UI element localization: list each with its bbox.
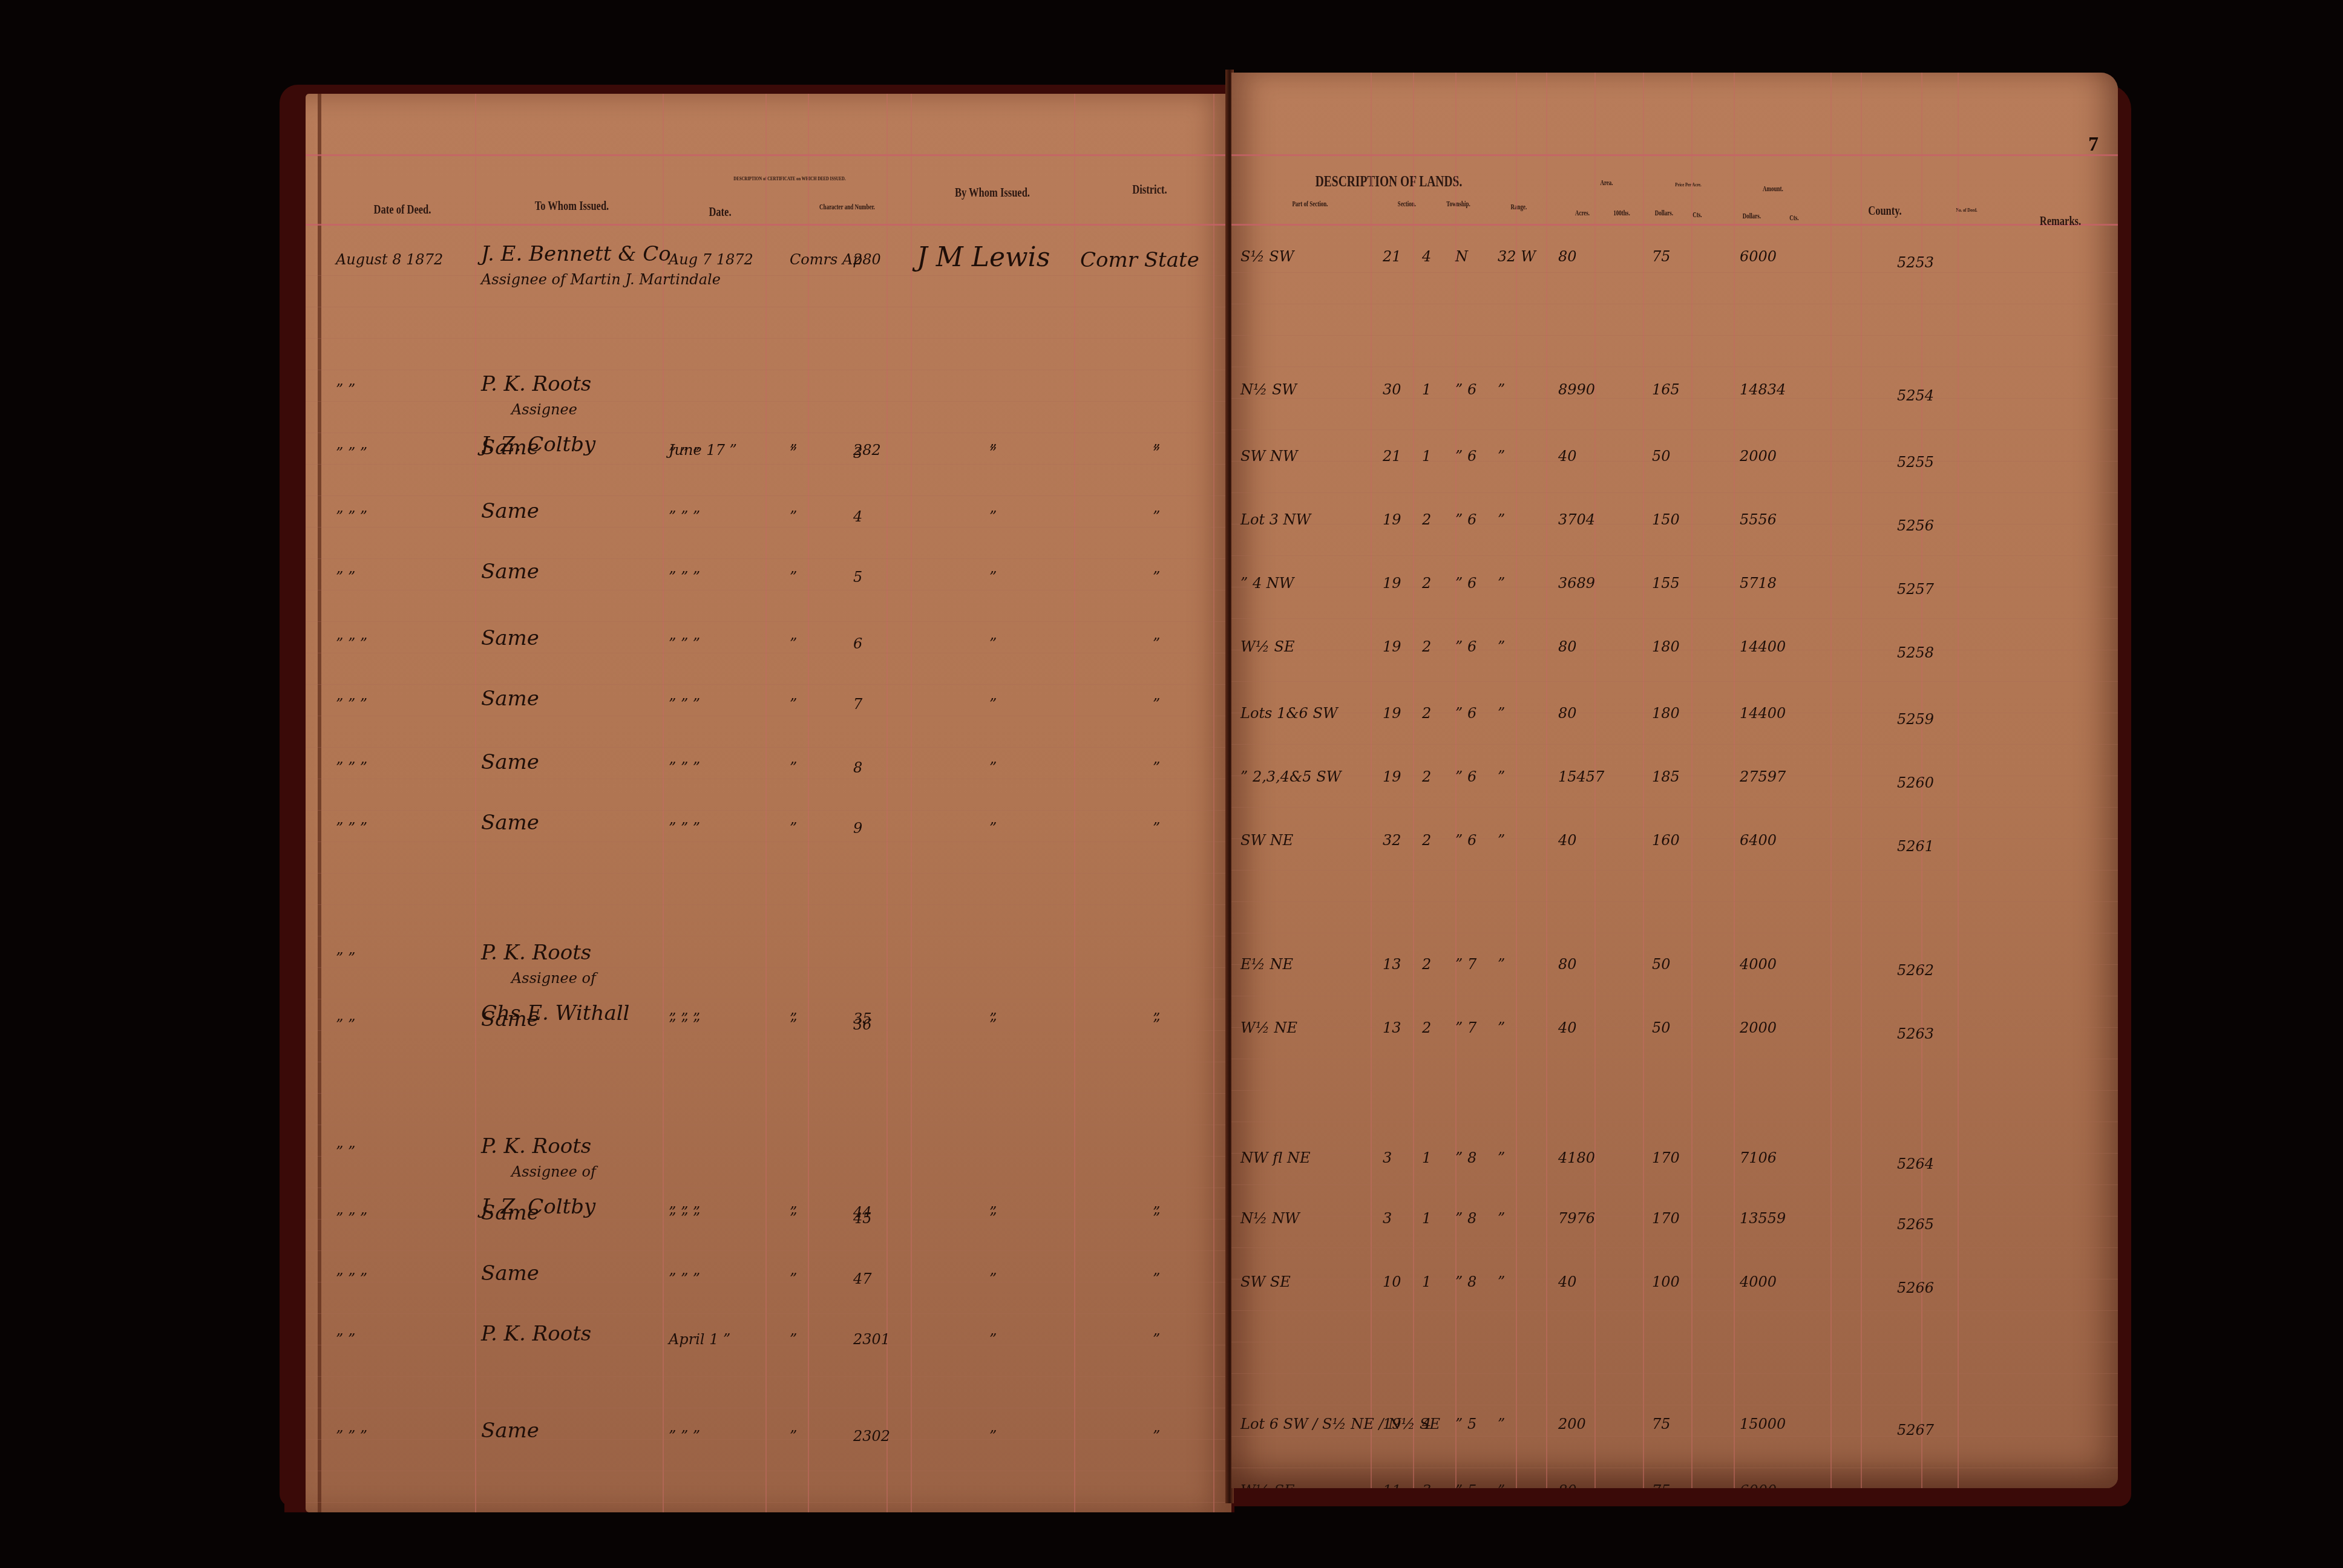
cell-by-whom: ” <box>989 569 997 586</box>
cell-by-whom: ” <box>989 1016 997 1033</box>
cell-twp-direction: ” 5 <box>1455 1416 1476 1432</box>
cell-character: ” <box>790 1331 797 1348</box>
cell-to-whom: Same <box>481 499 539 523</box>
column-rule <box>1371 73 1372 1488</box>
row-rule <box>306 1502 1231 1503</box>
row-rule <box>306 1408 1231 1408</box>
cell-part-of-section: W½ SE <box>1240 1482 1295 1488</box>
header-price-cts: Cts. <box>1686 211 1709 220</box>
left-page: Date of Deed. To Whom Issued. DESCRIPTIO… <box>306 94 1231 1512</box>
cell-cert-number: 6 <box>853 635 862 652</box>
page-number: 7 <box>2088 133 2099 156</box>
cell-price-per-acre: 185 <box>1652 768 1680 785</box>
header-no-of-deed: No. of Deed. <box>1942 207 1992 213</box>
cell-character: ” <box>790 759 797 776</box>
header-range: Range. <box>1498 203 1539 212</box>
row-rule <box>1231 1059 2118 1059</box>
cell-cert-number: 7 <box>853 696 862 713</box>
cell-by-whom: ” <box>989 445 997 462</box>
cell-to-whom: Same <box>481 560 539 584</box>
cell-to-whom: Same <box>481 1201 539 1225</box>
cell-character: ” <box>790 820 797 837</box>
cell-character: ” <box>790 1428 797 1445</box>
cell-acres: 3689 <box>1558 575 1595 592</box>
cell-cert-number: 2301 <box>853 1331 890 1348</box>
cell-deed-number: 5255 <box>1897 454 1934 471</box>
row-rule <box>306 653 1231 653</box>
cell-acres: 40 <box>1558 448 1577 465</box>
cell-by-whom: ” <box>989 1428 997 1445</box>
cell-to-whom-note: Assignee of Martin J. Martindale <box>481 271 721 288</box>
cell-range: ” <box>1498 705 1505 722</box>
cell-cert-date: ” ” ” <box>669 635 700 652</box>
cell-cert-date: ” ” ” <box>669 569 700 586</box>
cell-to-whom: Same <box>481 1419 539 1443</box>
cell-acres: 4180 <box>1558 1149 1595 1166</box>
cell-section: 19 <box>1383 575 1401 592</box>
cell-section: 19 <box>1383 1416 1401 1432</box>
cell-acres: 40 <box>1558 1019 1577 1036</box>
column-rule <box>1643 73 1644 1488</box>
cell-date-of-deed: ” ” ” <box>336 759 367 776</box>
cell-amount: 14400 <box>1740 705 1786 722</box>
row-rule <box>1231 933 2118 933</box>
cell-price-per-acre: 75 <box>1652 1416 1671 1432</box>
row-rule <box>306 464 1231 465</box>
cell-section: 21 <box>1383 248 1401 265</box>
cell-price-per-acre: 150 <box>1652 511 1680 528</box>
cell-acres: 3704 <box>1558 511 1595 528</box>
cell-twp-direction: ” 6 <box>1455 381 1476 398</box>
cell-date-of-deed: ” ” ” <box>336 1428 367 1445</box>
cell-range: ” <box>1498 1482 1505 1488</box>
cell-district: ” <box>1153 820 1160 837</box>
cell-acres: 40 <box>1558 1273 1577 1290</box>
cell-by-whom: ” <box>989 1331 997 1348</box>
cell-price-per-acre: 50 <box>1652 1019 1671 1036</box>
cell-district: ” <box>1153 696 1160 713</box>
row-rule <box>306 1093 1231 1094</box>
cell-cert-date: ” ” ” <box>669 1270 700 1287</box>
cell-section: 19 <box>1383 705 1401 722</box>
cell-part-of-section: N½ NW <box>1240 1210 1300 1227</box>
cell-date-of-deed: August 8 1872 <box>336 251 443 268</box>
cell-acres: 80 <box>1558 638 1577 655</box>
cell-to-whom: J. E. Bennett & Co <box>481 242 671 266</box>
cell-price-per-acre: 165 <box>1652 381 1680 398</box>
cell-price-per-acre: 180 <box>1652 638 1680 655</box>
column-rule <box>1734 73 1735 1488</box>
column-rule <box>1413 73 1414 1488</box>
cell-by-whom: ” <box>989 759 997 776</box>
cell-amount: 15000 <box>1740 1416 1786 1432</box>
cell-to-whom: P. K. Roots <box>481 1322 591 1346</box>
cell-range: ” <box>1498 638 1505 655</box>
cell-part-of-section: Lot 3 NW <box>1240 511 1311 528</box>
cell-to-whom-note: Assignee of <box>511 970 596 987</box>
header-character-number: Character and Number. <box>799 203 895 212</box>
cell-section: 32 <box>1383 832 1401 849</box>
row-rule <box>1231 807 2118 808</box>
header-amount: Amount. <box>1743 185 1803 194</box>
cell-amount: 6000 <box>1740 248 1777 265</box>
header-bottom-rule <box>306 224 1231 226</box>
cell-to-whom: P. K. Roots <box>481 372 591 396</box>
row-rule <box>1231 1310 2118 1311</box>
cell-price-per-acre: 75 <box>1652 1482 1671 1488</box>
cell-township: 2 <box>1422 956 1431 973</box>
cell-acres: 80 <box>1558 705 1577 722</box>
cell-acres: 40 <box>1558 832 1577 849</box>
cell-character: Comrs Ap <box>790 251 862 268</box>
row-rule <box>1231 996 2118 996</box>
cell-amount: 14834 <box>1740 381 1786 398</box>
cell-to-whom-note: Assignee <box>511 401 577 418</box>
row-rule <box>306 433 1231 433</box>
cell-date-of-deed: ” ” <box>336 569 355 586</box>
cell-part-of-section: E½ NE <box>1240 956 1293 973</box>
cell-price-per-acre: 100 <box>1652 1273 1680 1290</box>
row-rule <box>1231 430 2118 430</box>
cell-to-whom: Same <box>481 1007 539 1031</box>
cell-township: 2 <box>1422 511 1431 528</box>
row-rule <box>306 338 1231 339</box>
cell-range: ” <box>1498 1210 1505 1227</box>
header-price-per-acre: Price Per Acre. <box>1654 181 1723 188</box>
header-amount-cts: Cts. <box>1781 214 1808 223</box>
cell-district: ” <box>1153 1428 1160 1445</box>
row-rule <box>1231 555 2118 556</box>
row-rule <box>1231 901 2118 902</box>
cell-to-whom: Same <box>481 750 539 774</box>
cell-part-of-section: Lots 1&6 SW <box>1240 705 1338 722</box>
cell-part-of-section: SW NW <box>1240 448 1297 465</box>
cell-twp-direction: ” 7 <box>1455 956 1476 973</box>
header-top-rule <box>306 154 1231 156</box>
cell-deed-number: 5259 <box>1897 711 1934 728</box>
cell-date-of-deed: ” ” ” <box>336 696 367 713</box>
cell-deed-number: 5261 <box>1897 838 1934 855</box>
cell-date-of-deed: ” ” ” <box>336 445 367 462</box>
cell-district: ” <box>1153 759 1160 776</box>
cell-acres: 200 <box>1558 1416 1586 1432</box>
row-rule <box>1231 1247 2118 1248</box>
row-rule <box>306 621 1231 622</box>
cell-range: ” <box>1498 381 1505 398</box>
row-rule <box>306 967 1231 968</box>
cell-amount: 5718 <box>1740 575 1777 592</box>
cell-cert-number: 280 <box>853 251 881 268</box>
row-rule <box>306 1062 1231 1062</box>
cell-cert-number: 2302 <box>853 1428 890 1445</box>
header-top-rule <box>1231 154 2118 156</box>
cell-district: Comr State <box>1080 248 1199 272</box>
cell-to-whom: Same <box>481 811 539 835</box>
cell-deed-number: 5267 <box>1897 1422 1934 1439</box>
cell-section: 21 <box>1383 448 1401 465</box>
column-rule <box>1546 73 1547 1488</box>
cell-amount: 2000 <box>1740 1019 1777 1036</box>
cell-character: ” <box>790 1210 797 1227</box>
header-cert-date: Date. <box>677 204 764 220</box>
cell-part-of-section: W½ SE <box>1240 638 1295 655</box>
cell-twp-direction: ” 8 <box>1455 1273 1476 1290</box>
cell-amount: 4000 <box>1740 1273 1777 1290</box>
cell-deed-number: 5254 <box>1897 387 1934 404</box>
row-rule <box>1231 1184 2118 1185</box>
cell-price-per-acre: 180 <box>1652 705 1680 722</box>
row-rule <box>306 1471 1231 1471</box>
cell-by-whom: ” <box>989 1210 997 1227</box>
row-rule <box>306 936 1231 936</box>
cell-character: ” <box>790 696 797 713</box>
cell-acres: 8990 <box>1558 381 1595 398</box>
cell-township: 2 <box>1422 638 1431 655</box>
header-county: County. <box>1849 203 1921 218</box>
cell-amount: 6000 <box>1740 1482 1777 1488</box>
cell-deed-number: 5258 <box>1897 644 1934 661</box>
cell-amount: 4000 <box>1740 956 1777 973</box>
cell-district: ” <box>1153 569 1160 586</box>
row-rule <box>306 841 1231 842</box>
row-rule <box>306 495 1231 496</box>
row-rule <box>306 873 1231 874</box>
cell-twp-direction: ” 6 <box>1455 768 1476 785</box>
cell-amount: 13559 <box>1740 1210 1786 1227</box>
cell-township: 1 <box>1422 1273 1431 1290</box>
cell-section: 30 <box>1383 381 1401 398</box>
cell-cert-number: 4 <box>853 508 862 525</box>
header-section: Section. <box>1389 200 1425 209</box>
cell-twp-direction: ” 6 <box>1455 638 1476 655</box>
cell-date-of-deed: ” ” ” <box>336 1210 367 1227</box>
cell-township: 4 <box>1422 1416 1431 1432</box>
cell-section: 10 <box>1383 1273 1401 1290</box>
header-part-of-section: Part of Section. <box>1265 200 1355 209</box>
cell-township: 1 <box>1422 448 1431 465</box>
cell-price-per-acre: 160 <box>1652 832 1680 849</box>
cell-to-whom: Same <box>481 687 539 711</box>
cell-part-of-section: W½ NE <box>1240 1019 1297 1036</box>
cell-cert-number: 3 <box>853 445 862 462</box>
cell-amount: 14400 <box>1740 638 1786 655</box>
header-township: Township. <box>1438 200 1479 209</box>
row-rule <box>1231 304 2118 304</box>
cell-character: ” <box>790 1270 797 1287</box>
cell-by-whom: ” <box>989 635 997 652</box>
cell-to-whom: P. K. Roots <box>481 941 591 965</box>
cell-twp-direction: ” 5 <box>1455 1482 1476 1488</box>
row-rule <box>1231 335 2118 336</box>
row-rule <box>1231 1027 2118 1028</box>
cell-character: ” <box>790 1016 797 1033</box>
header-district: District. <box>1093 181 1207 197</box>
cell-date-of-deed: ” ” <box>336 1016 355 1033</box>
cell-township: 2 <box>1422 575 1431 592</box>
row-rule <box>1231 1090 2118 1091</box>
cell-part-of-section: S½ SW <box>1240 248 1294 265</box>
cell-character: ” <box>790 635 797 652</box>
cell-acres: 15457 <box>1558 768 1604 785</box>
row-rule <box>1231 272 2118 273</box>
cell-district: ” <box>1153 1331 1160 1348</box>
cell-range: ” <box>1498 956 1505 973</box>
cell-range: ” <box>1498 832 1505 849</box>
column-rule <box>1691 73 1693 1488</box>
cell-township: 2 <box>1422 768 1431 785</box>
cell-cert-number: 9 <box>853 820 862 837</box>
cell-deed-number: 5263 <box>1897 1025 1934 1042</box>
cell-date-of-deed: ” ” ” <box>336 820 367 837</box>
row-rule <box>306 1187 1231 1188</box>
cell-cert-date: ” ” ” <box>669 445 700 462</box>
header-amount-dollars: Dollars. <box>1734 212 1770 221</box>
header-to-whom-issued: To Whom Issued. <box>499 198 644 214</box>
cell-date-of-deed: ” ” ” <box>336 635 367 652</box>
cell-district: ” <box>1153 1270 1160 1287</box>
header-remarks: Remarks. <box>2020 213 2102 229</box>
row-rule <box>306 810 1231 811</box>
row-rule <box>1231 681 2118 682</box>
cell-cert-date: ” ” ” <box>669 759 700 776</box>
cell-township: 2 <box>1422 705 1431 722</box>
row-rule <box>306 716 1231 716</box>
cell-date-of-deed: ” ” <box>336 950 355 967</box>
row-rule <box>306 558 1231 559</box>
header-by-whom-issued: By Whom Issued. <box>931 185 1054 200</box>
cell-cert-date: ” ” ” <box>669 508 700 525</box>
cell-date-of-deed: ” ” <box>336 381 355 398</box>
cell-range: ” <box>1498 575 1505 592</box>
row-rule <box>1231 1405 2118 1405</box>
cell-cert-date: ” ” ” <box>669 1428 700 1445</box>
cell-district: ” <box>1153 1016 1160 1033</box>
cell-range: ” <box>1498 511 1505 528</box>
cell-twp-direction: ” 6 <box>1455 575 1476 592</box>
row-rule <box>1231 618 2118 619</box>
cell-cert-date: April 1 ” <box>669 1331 730 1348</box>
row-rule <box>306 370 1231 370</box>
cell-price-per-acre: 155 <box>1652 575 1680 592</box>
row-rule <box>306 527 1231 528</box>
row-rule <box>306 1313 1231 1314</box>
header-bottom-rule <box>1231 224 2118 226</box>
cell-twp-direction: ” 6 <box>1455 832 1476 849</box>
cell-district: ” <box>1153 508 1160 525</box>
cell-section: 11 <box>1383 1482 1401 1488</box>
row-rule <box>1231 367 2118 367</box>
cell-character: ” <box>790 569 797 586</box>
cell-cert-date: ” ” ” <box>669 1016 700 1033</box>
row-rule <box>1231 1468 2118 1468</box>
cell-price-per-acre: 75 <box>1652 248 1671 265</box>
cell-section: 19 <box>1383 638 1401 655</box>
row-rule <box>306 307 1231 307</box>
cell-district: ” <box>1153 1210 1160 1227</box>
cell-section: 19 <box>1383 768 1401 785</box>
cell-range: ” <box>1498 1149 1505 1166</box>
cell-price-per-acre: 170 <box>1652 1210 1680 1227</box>
cell-cert-date: ” ” ” <box>669 1210 700 1227</box>
row-rule <box>306 1125 1231 1125</box>
row-rule <box>306 904 1231 905</box>
cell-section: 13 <box>1383 1019 1401 1036</box>
row-rule <box>306 1156 1231 1157</box>
row-rule <box>306 779 1231 779</box>
cell-district: ” <box>1153 445 1160 462</box>
row-rule <box>1231 1373 2118 1374</box>
cell-range: ” <box>1498 768 1505 785</box>
cell-township: 1 <box>1422 1210 1431 1227</box>
cell-part-of-section: N½ SW <box>1240 381 1297 398</box>
row-rule <box>306 590 1231 590</box>
row-rule <box>306 1439 1231 1440</box>
row-rule <box>1231 461 2118 462</box>
cell-range: 32 W <box>1498 248 1536 265</box>
cell-amount: 27597 <box>1740 768 1786 785</box>
row-rule <box>306 684 1231 685</box>
column-rule <box>1958 73 1959 1488</box>
row-rule <box>306 747 1231 748</box>
cell-amount: 6400 <box>1740 832 1777 849</box>
right-page: 7 DESCRIPTION OF LANDS. Part of Section.… <box>1231 73 2118 1488</box>
cell-part-of-section: SW SE <box>1240 1273 1291 1290</box>
cell-twp-direction: ” 6 <box>1455 511 1476 528</box>
row-rule <box>306 1345 1231 1345</box>
row-rule <box>306 1030 1231 1031</box>
cell-to-whom: Same <box>481 1261 539 1285</box>
cell-township: 1 <box>1422 1149 1431 1166</box>
cell-cert-number: 8 <box>853 759 862 776</box>
cell-township: 2 <box>1422 832 1431 849</box>
cell-twp-direction: ” 8 <box>1455 1210 1476 1227</box>
cell-cert-date: ” ” ” <box>669 696 700 713</box>
cell-cert-number: 36 <box>853 1016 872 1033</box>
cell-township: 1 <box>1422 381 1431 398</box>
cell-acres: 80 <box>1558 248 1577 265</box>
cell-section: 19 <box>1383 511 1401 528</box>
cell-range: ” <box>1498 448 1505 465</box>
cell-range: ” <box>1498 1019 1505 1036</box>
row-rule <box>1231 870 2118 871</box>
column-rule <box>1861 73 1862 1488</box>
cell-cert-number: 47 <box>853 1270 872 1287</box>
row-rule <box>1231 492 2118 493</box>
cell-twp-direction: N <box>1455 248 1468 265</box>
cell-character: ” <box>790 508 797 525</box>
cell-twp-direction: ” 7 <box>1455 1019 1476 1036</box>
cell-section: 3 <box>1383 1210 1392 1227</box>
cell-deed-number: 5260 <box>1897 774 1934 791</box>
row-rule <box>1231 744 2118 745</box>
cell-twp-direction: ” 6 <box>1455 705 1476 722</box>
cell-section: 13 <box>1383 956 1401 973</box>
cell-district: ” <box>1153 635 1160 652</box>
cell-twp-direction: ” 6 <box>1455 448 1476 465</box>
cell-price-per-acre: 50 <box>1652 956 1671 973</box>
cell-deed-number: 5265 <box>1897 1216 1934 1233</box>
cell-to-whom: Same <box>481 436 539 460</box>
cell-date-of-deed: ” ” ” <box>336 508 367 525</box>
cell-amount: 2000 <box>1740 448 1777 465</box>
cell-cert-number: 5 <box>853 569 862 586</box>
cell-township: 3 <box>1422 1482 1431 1488</box>
row-rule <box>306 401 1231 402</box>
cell-deed-number: 5256 <box>1897 517 1934 534</box>
cell-date-of-deed: ” ” <box>336 1143 355 1160</box>
cell-character: ” <box>790 445 797 462</box>
row-rule <box>306 275 1231 276</box>
